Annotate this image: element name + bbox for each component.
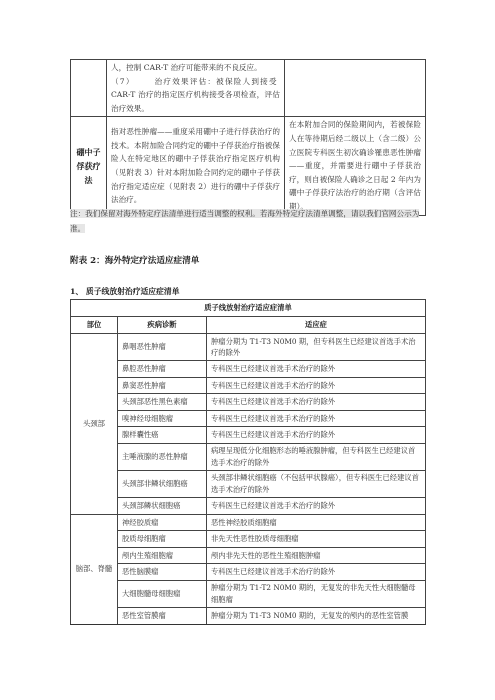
note-highlight: 注：我们保留对海外特定疗法清单进行适当调整的权利。若海外特定疗法清单调整，请以我… xyxy=(70,209,419,233)
header-diagnosis: 疾病诊断 xyxy=(118,317,207,334)
table-header-row: 部位 疾病诊断 适应症 xyxy=(71,317,426,334)
diagnosis-cell: 大细胞髓母细胞瘤 xyxy=(118,580,207,607)
indication-cell: 专科医生已经建议首选手术治疗的除外 xyxy=(207,497,426,514)
document-page: 人，控制 CAR-T 治疗可能带来的不良反应。 （7）治疗效果评估：被保险人到接… xyxy=(0,0,495,700)
header-indication: 适应症 xyxy=(207,317,426,334)
table-row: 脑部、脊髓 神经胶质瘤 恶性神经胶质细胞瘤 xyxy=(71,514,426,531)
table-row: 主唾液腺的恶性肿瘤 病理呈现低分化细胞形态的唾液腺肿瘤，但专科医生已经建议首选手… xyxy=(71,443,426,470)
diagnosis-cell: 头颈部非鳞状细胞癌 xyxy=(118,470,207,497)
diagnosis-cell: 头颈部鳞状细胞癌 xyxy=(118,497,207,514)
therapy-table-continued: 人，控制 CAR-T 治疗可能带来的不良反应。 （7）治疗效果评估：被保险人到接… xyxy=(70,59,426,216)
table-row: 头颈部恶性黑色素瘤 专科医生已经建议首选手术治疗的除外 xyxy=(71,394,426,411)
table-row: 颅内生殖细胞瘤 颅内非先天性的恶性生殖细胞肿瘤 xyxy=(71,547,426,564)
indication-cell: 非先天性恶性胶质母细胞瘤 xyxy=(207,531,426,548)
description-line: （7）治疗效果评估：被保险人到接受 xyxy=(111,75,280,89)
diagnosis-cell: 鼻腔恶性肿瘤 xyxy=(118,361,207,378)
indication-cell: 专科医生已经建议首选手术治疗的除外 xyxy=(207,564,426,581)
diagnosis-cell: 鼻窦恶性肿瘤 xyxy=(118,377,207,394)
table-row: 恶性室管膜瘤 肿瘤分期为 T1-T3 N0M0 期的，无复发的颅内的恶性室管膜 xyxy=(71,607,426,624)
table-title-row: 质子线放射治疗适应症清单 xyxy=(71,300,426,317)
indication-cell: 专科医生已经建议首选手术治疗的除外 xyxy=(207,427,426,444)
diagnosis-cell: 神经胶质瘤 xyxy=(118,514,207,531)
region-cell: 头颈部 xyxy=(71,334,118,515)
therapy-label: 硼中子俘获疗法 xyxy=(71,117,107,215)
table-row: 头颈部非鳞状细胞癌 头颈部非鳞状细胞癌（不包括甲状腺癌），但专科医生已经建议首选… xyxy=(71,470,426,497)
table-row: 鼻窦恶性肿瘤 专科医生已经建议首选手术治疗的除外 xyxy=(71,377,426,394)
diagnosis-cell: 恶性室管膜瘤 xyxy=(118,607,207,624)
diagnosis-cell: 主唾液腺的恶性肿瘤 xyxy=(118,443,207,470)
diagnosis-cell: 胶质母细胞瘤 xyxy=(118,531,207,548)
table-title: 质子线放射治疗适应症清单 xyxy=(71,300,426,317)
description-line: 人，控制 CAR-T 治疗可能带来的不良反应。 xyxy=(111,61,280,75)
table-row: 腺样囊性癌 专科医生已经建议首选手术治疗的除外 xyxy=(71,427,426,444)
therapy-description: 人，控制 CAR-T 治疗可能带来的不良反应。 （7）治疗效果评估：被保险人到接… xyxy=(107,60,285,117)
indication-cell: 恶性神经胶质细胞瘤 xyxy=(207,514,426,531)
header-region: 部位 xyxy=(71,317,118,334)
proton-therapy-indications-table: 质子线放射治疗适应症清单 部位 疾病诊断 适应症 头颈部 鼻咽恶性肿瘤 肿瘤分期… xyxy=(70,299,426,625)
appendix-title: 附表 2：海外特定疗法适应症清单 xyxy=(70,254,199,266)
therapy-coverage: 在本附加合同的保险期间内，若被保险人在等待期后经二级以上（含二级）公立医院专科医… xyxy=(285,117,426,215)
diagnosis-cell: 鼻咽恶性肿瘤 xyxy=(118,334,207,361)
indication-cell: 病理呈现低分化细胞形态的唾液腺肿瘤，但专科医生已经建议首选手术治疗的除外 xyxy=(207,443,426,470)
therapy-label xyxy=(71,60,107,117)
table-row: 胶质母细胞瘤 非先天性恶性胶质母细胞瘤 xyxy=(71,531,426,548)
therapy-coverage xyxy=(285,60,426,117)
indication-cell: 头颈部非鳞状细胞癌（不包括甲状腺癌），但专科医生已经建议首选手术治疗的除外 xyxy=(207,470,426,497)
table-row: 恶性脑膜瘤 专科医生已经建议首选手术治疗的除外 xyxy=(71,564,426,581)
indication-cell: 专科医生已经建议首选手术治疗的除外 xyxy=(207,394,426,411)
indication-cell: 肿瘤分期为 T1-T3 N0M0 期的，无复发的颅内的恶性室管膜 xyxy=(207,607,426,624)
diagnosis-cell: 颅内生殖细胞瘤 xyxy=(118,547,207,564)
therapy-description: 指对恶性肿瘤——重度采用硼中子进行俘获治疗的技术。本附加险合同约定的硼中子俘获治… xyxy=(107,117,285,215)
indication-cell: 专科医生已经建议首选手术治疗的除外 xyxy=(207,410,426,427)
indication-cell: 专科医生已经建议首选手术治疗的除外 xyxy=(207,377,426,394)
indication-cell: 专科医生已经建议首选手术治疗的除外 xyxy=(207,361,426,378)
diagnosis-cell: 腺样囊性癌 xyxy=(118,427,207,444)
indication-cell: 颅内非先天性的恶性生殖细胞肿瘤 xyxy=(207,547,426,564)
table-row: 头颈部鳞状细胞癌 专科医生已经建议首选手术治疗的除外 xyxy=(71,497,426,514)
item-text: 治疗效果评估：被保险人到接受 xyxy=(155,77,278,86)
description-line: CAR-T 治疗的指定医疗机构接受各项检查，评估治疗效果。 xyxy=(111,88,280,115)
table-row: 硼中子俘获疗法 指对恶性肿瘤——重度采用硼中子进行俘获治疗的技术。本附加险合同约… xyxy=(71,117,426,215)
table-row: 鼻腔恶性肿瘤 专科医生已经建议首选手术治疗的除外 xyxy=(71,361,426,378)
indication-cell: 肿瘤分期为 T1-T2 N0M0 期的，无复发的非先天性大细胞髓母细胞瘤 xyxy=(207,580,426,607)
table-row: 嗅神经母细胞瘤 专科医生已经建议首选手术治疗的除外 xyxy=(71,410,426,427)
diagnosis-cell: 恶性脑膜瘤 xyxy=(118,564,207,581)
table-row: 人，控制 CAR-T 治疗可能带来的不良反应。 （7）治疗效果评估：被保险人到接… xyxy=(71,60,426,117)
table-row: 大细胞髓母细胞瘤 肿瘤分期为 T1-T2 N0M0 期的，无复发的非先天性大细胞… xyxy=(71,580,426,607)
region-cell: 脑部、脊髓 xyxy=(71,514,118,624)
section-title: 1、 质子线放射治疗适应症清单 xyxy=(70,286,180,297)
item-number: （7） xyxy=(111,77,135,86)
diagnosis-cell: 头颈部恶性黑色素瘤 xyxy=(118,394,207,411)
table-row: 头颈部 鼻咽恶性肿瘤 肿瘤分期为 T1-T3 N0M0 期，但专科医生已经建议首… xyxy=(71,334,426,361)
diagnosis-cell: 嗅神经母细胞瘤 xyxy=(118,410,207,427)
note-text: 注：我们保留对海外特定疗法清单进行适当调整的权利。若海外特定疗法清单调整，请以我… xyxy=(70,207,426,236)
indication-cell: 肿瘤分期为 T1-T3 N0M0 期，但专科医生已经建议首选手术治疗的除外 xyxy=(207,334,426,361)
